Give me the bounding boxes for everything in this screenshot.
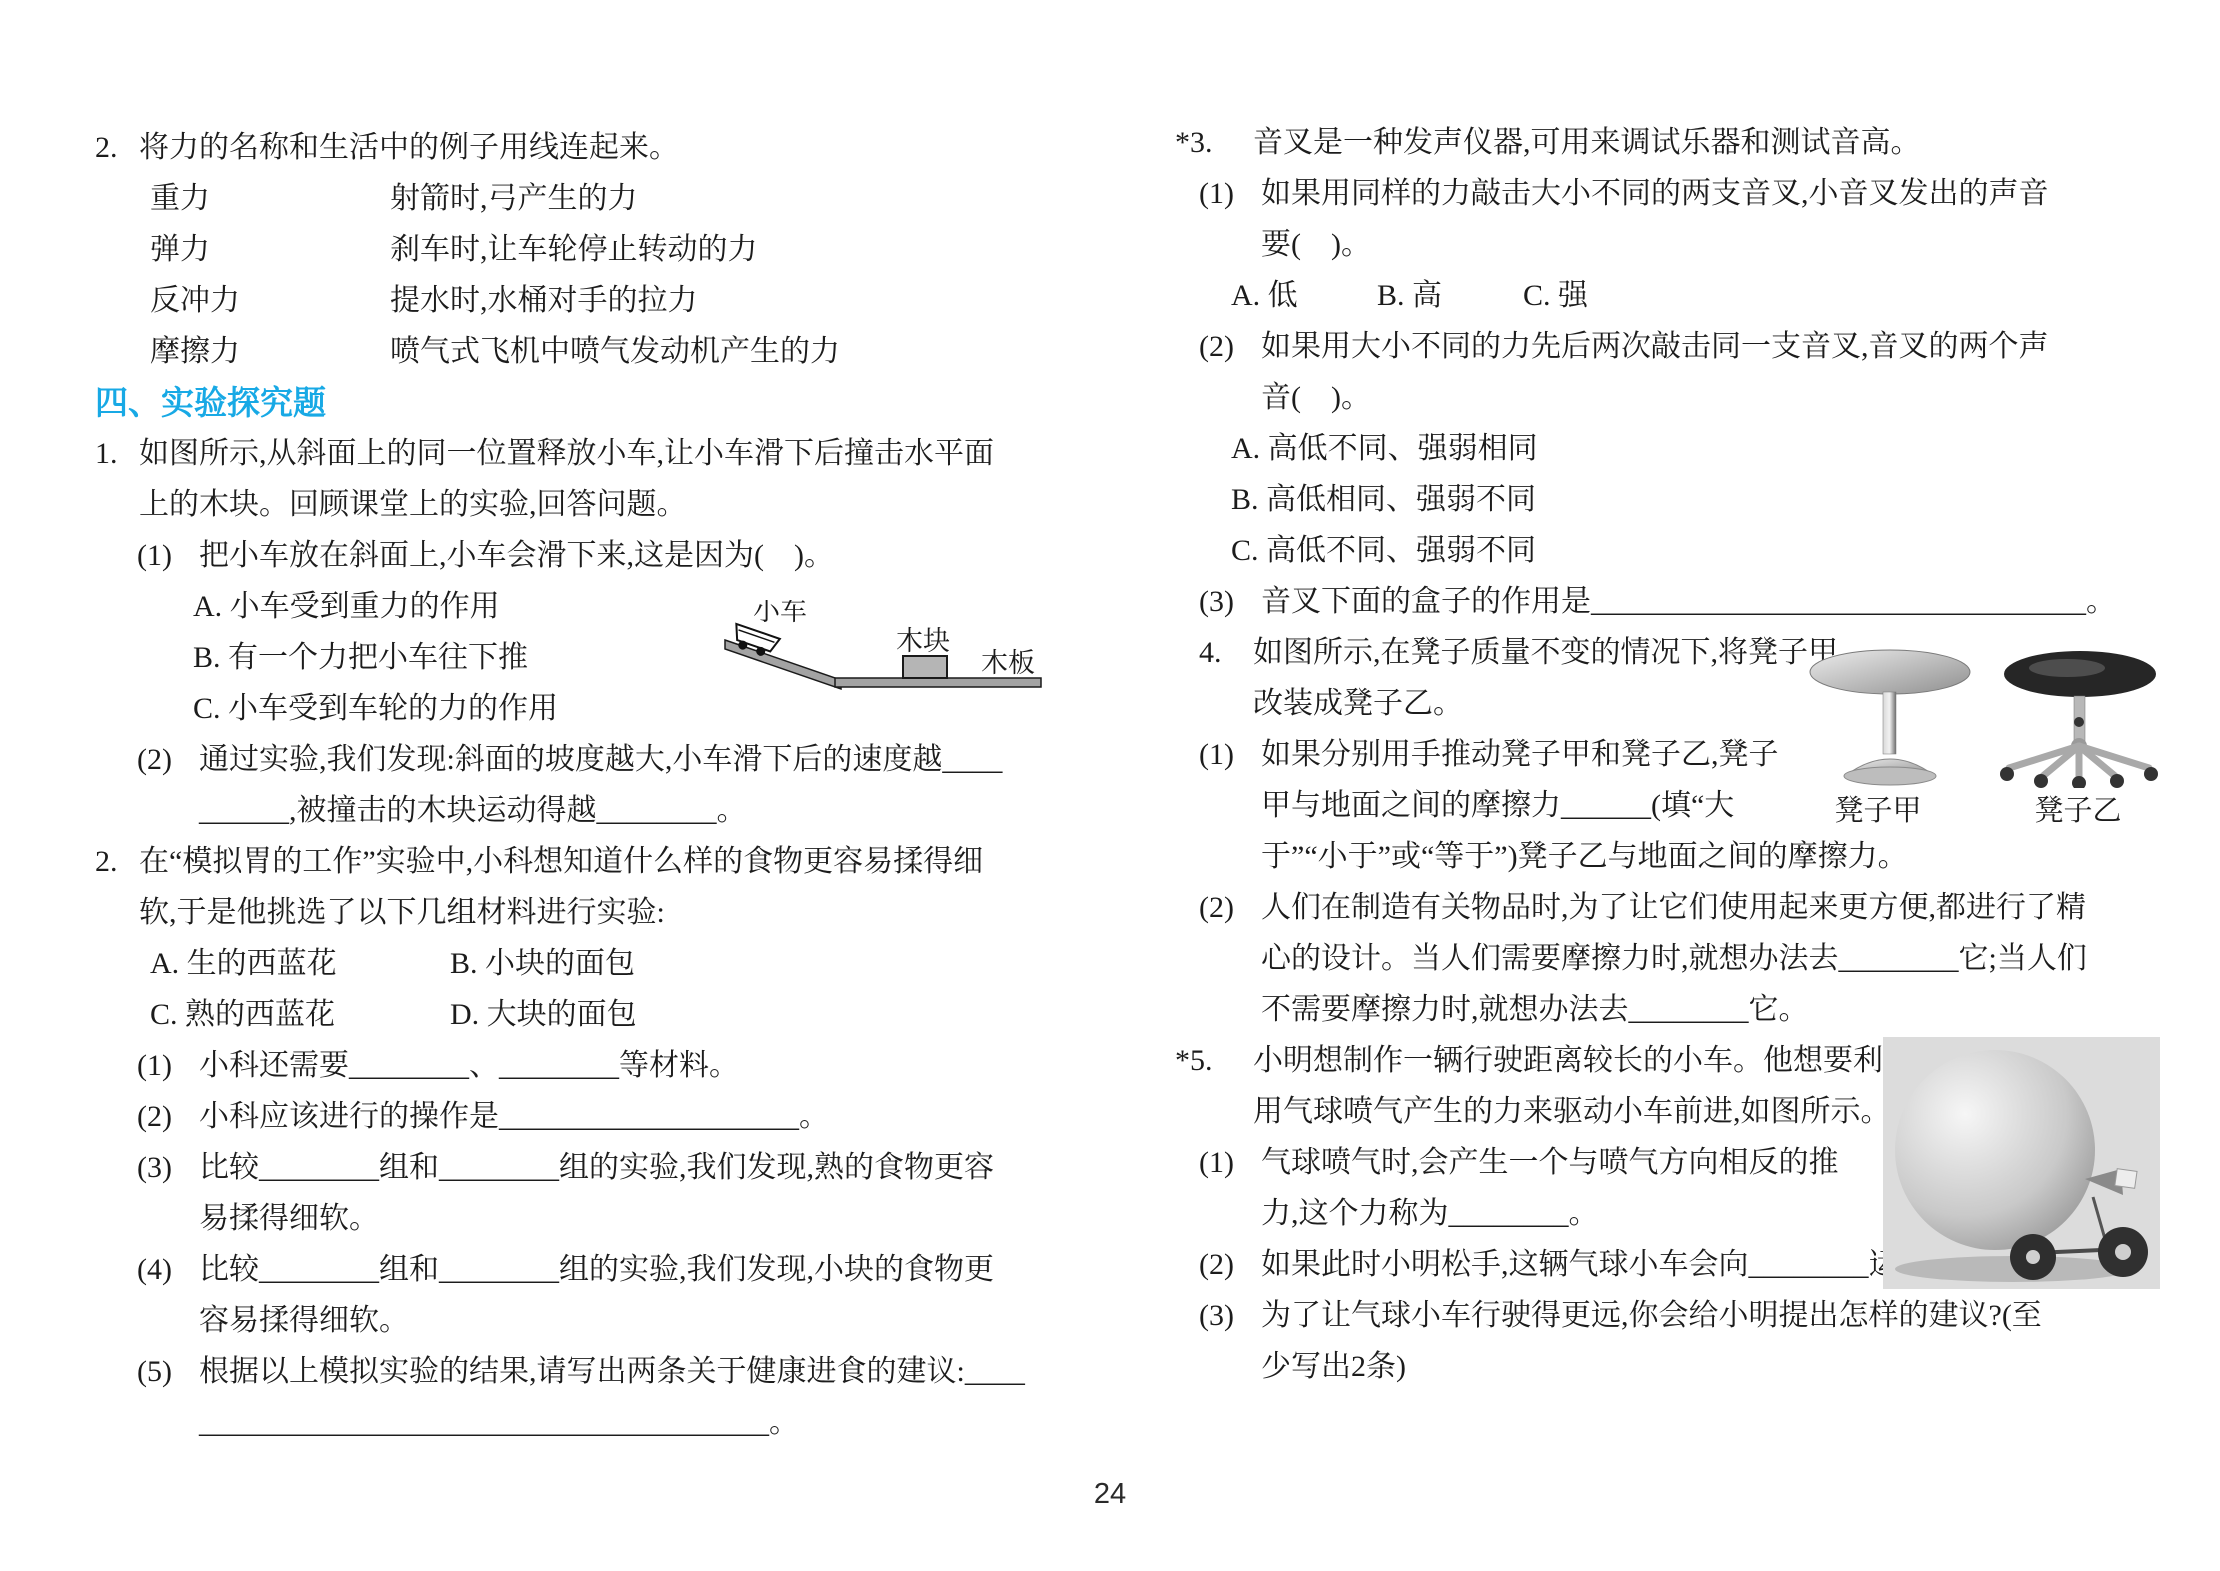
worksheet-page: 2.将力的名称和生活中的例子用线连起来。 重力射箭时,弓产生的力 弹力刹车时,让…	[0, 0, 2220, 1571]
sub-marker: (2)	[137, 1091, 199, 1142]
q5-sub3-line2: 少写出2条)	[1175, 1341, 2185, 1392]
stools-figure: 凳子甲 凳子乙	[1785, 648, 2165, 828]
sub-text: 如果分别用手推动凳子甲和凳子乙,凳子	[1261, 738, 1779, 771]
left-column: 2.将力的名称和生活中的例子用线连起来。 重力射箭时,弓产生的力 弹力刹车时,让…	[95, 122, 1105, 1448]
material-a: A. 生的西蓝花	[150, 938, 450, 989]
q4-sub2-line1: (2)人们在制造有关物品时,为了让它们使用起来更方便,都进行了精	[1175, 882, 2185, 933]
q4-sub1-line3: 于”“小于”或“等于”)凳子乙与地面之间的摩擦力。	[1175, 831, 2185, 882]
q1-stem-line2: 上的木块。回顾课堂上的实验,回答问题。	[95, 479, 1105, 530]
sub-text: 比较________组和________组的实验,我们发现,小块的食物更	[199, 1253, 994, 1286]
wheel-icon	[2098, 1227, 2148, 1277]
question-text: 将力的名称和生活中的例子用线连起来。	[139, 131, 679, 164]
wheel-icon	[2010, 1234, 2056, 1280]
stools-photo	[1785, 648, 2165, 788]
sub-marker: (1)	[1199, 1137, 1261, 1188]
q2-sub2: (2)小科应该进行的操作是____________________。	[95, 1091, 1105, 1142]
sub-text: 小科还需要________、________等材料。	[199, 1049, 739, 1082]
balloon-car-figure	[1883, 1037, 2160, 1289]
q1-stem-line1: 1.如图所示,从斜面上的同一位置释放小车,让小车滑下后撞击水平面	[95, 428, 1105, 479]
sub-text: 如果此时小明松手,这辆气球小车会向________运动。	[1261, 1248, 1959, 1281]
question-number: 4.	[1175, 627, 1253, 678]
sub-marker: (1)	[137, 530, 199, 581]
q1-sub1: (1)把小车放在斜面上,小车会滑下来,这是因为( )。	[95, 530, 1105, 581]
force-example: 喷气式飞机中喷气发动机产生的力	[390, 335, 840, 368]
match-pair-row: 摩擦力喷气式飞机中喷气发动机产生的力	[95, 326, 1105, 377]
sub-text: 小科应该进行的操作是____________________。	[199, 1100, 829, 1133]
stool-a-icon	[1810, 650, 1970, 785]
question-text: 如图所示,从斜面上的同一位置释放小车,让小车滑下后撞击水平面	[139, 437, 994, 470]
question-text: 音叉是一种发声仪器,可用来调试乐器和测试音高。	[1253, 126, 1921, 159]
material-row: C. 熟的西蓝花D. 大块的面包	[95, 989, 1105, 1040]
q2-stem-line1: 2.在“模拟胃的工作”实验中,小科想知道什么样的食物更容易揉得细	[95, 836, 1105, 887]
q1-sub2-line2: ______,被撞击的木块运动得越________。	[95, 785, 1105, 836]
q3-sub2-line2: 音( )。	[1175, 372, 2185, 423]
sub-marker: (3)	[1199, 576, 1261, 627]
q3-sub2-line1: (2)如果用大小不同的力先后两次敲击同一支音叉,音叉的两个声	[1175, 321, 2185, 372]
q3-option-b: B. 高	[1377, 270, 1523, 321]
material-row: A. 生的西蓝花B. 小块的面包	[95, 938, 1105, 989]
sub-text: 如果用同样的力敲击大小不同的两支音叉,小音叉发出的声音	[1261, 177, 2049, 210]
force-example: 射箭时,弓产生的力	[390, 182, 638, 215]
sub-marker: (3)	[1199, 1290, 1261, 1341]
sub-marker: (5)	[137, 1346, 199, 1397]
sub-text: 通过实验,我们发现:斜面的坡度越大,小车滑下后的速度越____	[199, 743, 1002, 776]
ramp-diagram: 小车 木块 木板	[723, 600, 1045, 708]
q3-option-c: C. 强	[1523, 270, 1669, 321]
question-text: 小明想制作一辆行驶距离较长的小车。他想要利	[1253, 1044, 1883, 1077]
force-example: 提水时,水桶对手的拉力	[390, 284, 698, 317]
material-c: C. 熟的西蓝花	[150, 989, 450, 1040]
balloon-car-photo	[1883, 1037, 2160, 1289]
sub-text: 为了让气球小车行驶得更远,你会给小明提出怎样的建议?(至	[1261, 1299, 2042, 1332]
q2-sub3-line2: 易揉得细软。	[95, 1193, 1105, 1244]
stool-a-label: 凳子甲	[1803, 788, 1953, 829]
q3-sub1-line1: (1)如果用同样的力敲击大小不同的两支音叉,小音叉发出的声音	[1175, 168, 2185, 219]
question-number: 1.	[95, 428, 139, 479]
sub-marker: (2)	[1199, 882, 1261, 933]
sub-text: 气球喷气时,会产生一个与喷气方向相反的推	[1261, 1146, 1839, 1179]
q3-stem: *3.音叉是一种发声仪器,可用来调试乐器和测试音高。	[1175, 117, 2185, 168]
material-d: D. 大块的面包	[450, 998, 637, 1031]
q3-sub2-option-a: A. 高低不同、强弱相同	[1175, 423, 2185, 474]
sub-marker: (2)	[1199, 321, 1261, 372]
q2-sub5-blank-line: ______________________________________。	[95, 1397, 1105, 1448]
question-number: 2.	[95, 836, 139, 887]
sub-text: 人们在制造有关物品时,为了让它们使用起来更方便,都进行了精	[1261, 891, 2086, 924]
sub-text: 根据以上模拟实验的结果,请写出两条关于健康进食的建议:____	[199, 1355, 1025, 1388]
sub-marker: (1)	[137, 1040, 199, 1091]
q3-options-row: A. 低B. 高C. 强	[1175, 270, 2185, 321]
question-number: *5.	[1175, 1035, 1253, 1086]
sub-marker: (2)	[1199, 1239, 1261, 1290]
sub-text: 如果用大小不同的力先后两次敲击同一支音叉,音叉的两个声	[1261, 330, 2049, 363]
q4-sub2-line2: 心的设计。当人们需要摩擦力时,就想办法去________它;当人们	[1175, 933, 2185, 984]
q3-sub3: (3)音叉下面的盒子的作用是__________________________…	[1175, 576, 2185, 627]
question-number: *3.	[1175, 117, 1253, 168]
sub-marker: (1)	[1199, 168, 1261, 219]
block-label: 木块	[896, 626, 950, 656]
stool-b-icon	[2000, 651, 2158, 788]
question-text: 如图所示,在凳子质量不变的情况下,将凳子甲	[1253, 636, 1838, 669]
sub-marker: (2)	[137, 734, 199, 785]
force-name: 弹力	[150, 224, 390, 275]
q3-sub1-line2: 要( )。	[1175, 219, 2185, 270]
sub-text: 把小车放在斜面上,小车会滑下来,这是因为( )。	[199, 539, 834, 572]
sub-marker: (1)	[1199, 729, 1261, 780]
q3-option-a: A. 低	[1231, 270, 1377, 321]
q2-sub3-line1: (3)比较________组和________组的实验,我们发现,熟的食物更容	[95, 1142, 1105, 1193]
stool-b-label: 凳子乙	[2003, 788, 2153, 829]
q1-sub2-line1: (2)通过实验,我们发现:斜面的坡度越大,小车滑下后的速度越____	[95, 734, 1105, 785]
q2-sub4-line1: (4)比较________组和________组的实验,我们发现,小块的食物更	[95, 1244, 1105, 1295]
force-name: 反冲力	[150, 275, 390, 326]
q2-sub5-line1: (5)根据以上模拟实验的结果,请写出两条关于健康进食的建议:____	[95, 1346, 1105, 1397]
board-label: 木板	[981, 648, 1035, 678]
sub-marker: (3)	[137, 1142, 199, 1193]
match-pair-row: 重力射箭时,弓产生的力	[95, 173, 1105, 224]
q3-sub2-option-b: B. 高低相同、强弱不同	[1175, 474, 2185, 525]
question-text: 在“模拟胃的工作”实验中,小科想知道什么样的食物更容易揉得细	[139, 845, 983, 878]
match-question-stem: 2.将力的名称和生活中的例子用线连起来。	[95, 122, 1105, 173]
force-name: 摩擦力	[150, 326, 390, 377]
sub-marker: (4)	[137, 1244, 199, 1295]
q4-sub2-line3: 不需要摩擦力时,就想办法去________它。	[1175, 984, 2185, 1035]
q2-stem-line2: 软,于是他挑选了以下几组材料进行实验:	[95, 887, 1105, 938]
q3-sub2-option-c: C. 高低不同、强弱不同	[1175, 525, 2185, 576]
block-icon	[903, 656, 947, 678]
page-number: 24	[0, 1478, 2220, 1511]
q5-sub3-line1: (3)为了让气球小车行驶得更远,你会给小明提出怎样的建议?(至	[1175, 1290, 2185, 1341]
match-pair-row: 弹力刹车时,让车轮停止转动的力	[95, 224, 1105, 275]
q2-sub1: (1)小科还需要________、________等材料。	[95, 1040, 1105, 1091]
ramp-experiment-figure: 小车 木块 木板	[723, 600, 1045, 708]
question-number: 2.	[95, 122, 139, 173]
cart-label: 小车	[753, 600, 807, 626]
balloon-icon	[1895, 1050, 2095, 1250]
nozzle-icon	[2115, 1169, 2137, 1189]
force-name: 重力	[150, 173, 390, 224]
force-example: 刹车时,让车轮停止转动的力	[390, 233, 758, 266]
section-heading: 四、实验探究题	[95, 377, 1105, 428]
sub-text: 音叉下面的盒子的作用是_____________________________…	[1261, 585, 2116, 618]
match-pair-row: 反冲力提水时,水桶对手的拉力	[95, 275, 1105, 326]
material-b: B. 小块的面包	[450, 947, 635, 980]
q2-sub4-line2: 容易揉得细软。	[95, 1295, 1105, 1346]
sub-text: 比较________组和________组的实验,我们发现,熟的食物更容	[199, 1151, 994, 1184]
